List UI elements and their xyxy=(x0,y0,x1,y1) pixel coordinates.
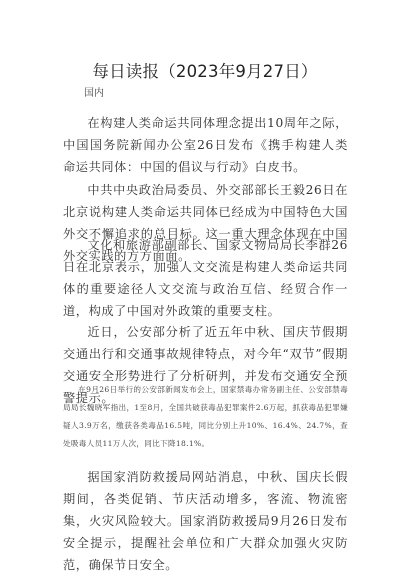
document-title: 每日读报（2023年9月27日） xyxy=(0,58,410,82)
paragraph-white-paper: 在构建人类命运共同体理念提出10周年之际，中国国务院新闻办公室26日发布《携手构… xyxy=(63,112,348,178)
document-page: 每日读报（2023年9月27日） 国内 在构建人类命运共同体理念提出10周年之际… xyxy=(0,0,410,580)
section-heading: 国内 xyxy=(84,84,104,99)
paragraph-drug-enforcement: 在9月26日举行的公安部新闻发布会上，国家禁毒办常务副主任、公安部禁毒局局长魏晓… xyxy=(63,381,348,453)
paragraph-fire-safety: 据国家消防救援局网站消息，中秋、国庆长假期间，各类促销、节庆活动增多，客流、物流… xyxy=(63,466,348,576)
paragraph-cultural-exchange: 文化和旅游部副部长、国家文物局局长李群26日在北京表示，加强人文交流是构建人类命… xyxy=(63,234,348,322)
